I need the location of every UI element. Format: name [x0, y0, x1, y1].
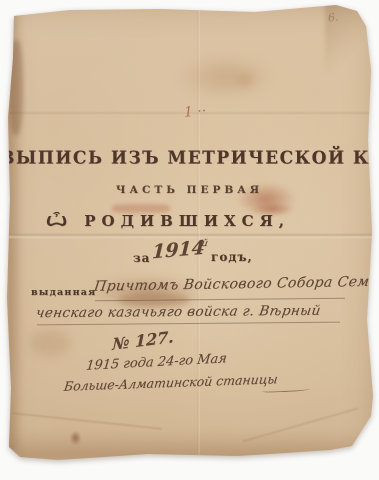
leaf-number-mark: 1 ·· [183, 103, 206, 121]
stain-left-margin-marks [9, 40, 23, 135]
year-ending-handwritten: -й [197, 238, 209, 249]
issuer-handwritten-line2: ченскаго казачьяго войска г. Вѣрный [35, 303, 322, 322]
section-heading: Ѽ РОДИВШИХСЯ, [38, 212, 298, 230]
stain-mid-left [30, 330, 70, 356]
issue-place: Больше-Алматинской станицы [63, 371, 279, 394]
issued-by-label: выданная [31, 287, 96, 298]
signature-flourish [262, 387, 310, 393]
crease-bottom-right [242, 407, 358, 442]
stain-top-center [175, 55, 275, 99]
ruled-line-1 [95, 298, 345, 302]
issue-date: 1915 года 24-го Мая [85, 351, 227, 373]
bottom-edge-darkening [0, 430, 379, 460]
part-heading: ЧАСТЬ ПЕРВАЯ [0, 184, 379, 196]
corner-pencil-note: 6. [327, 10, 339, 24]
issuer-handwritten-line1: Причтомъ Войскового Собора Семирѣ- [93, 273, 379, 294]
document-number: № 127. [112, 327, 174, 354]
paper-sheet: 6. 1 ·· ВЫПИСЬ ИЗЪ МЕТРИЧЕСКОЙ КНИГИ ЧАС… [0, 0, 379, 480]
year-prefix-printed: за [133, 251, 150, 265]
crease-bottom-left [12, 412, 161, 429]
ruled-line-2 [37, 322, 340, 326]
stain-top-small [232, 70, 258, 90]
document-scan: 6. 1 ·· ВЫПИСЬ ИЗЪ МЕТРИЧЕСКОЙ КНИГИ ЧАС… [0, 0, 379, 480]
year-handwritten: 1914 [152, 237, 206, 264]
document-title: ВЫПИСЬ ИЗЪ МЕТРИЧЕСКОЙ КНИГИ [0, 147, 379, 168]
spot-bottom-left [70, 431, 81, 445]
year-suffix-printed: годъ, [211, 250, 253, 264]
left-edge-darkening [7, 12, 23, 452]
